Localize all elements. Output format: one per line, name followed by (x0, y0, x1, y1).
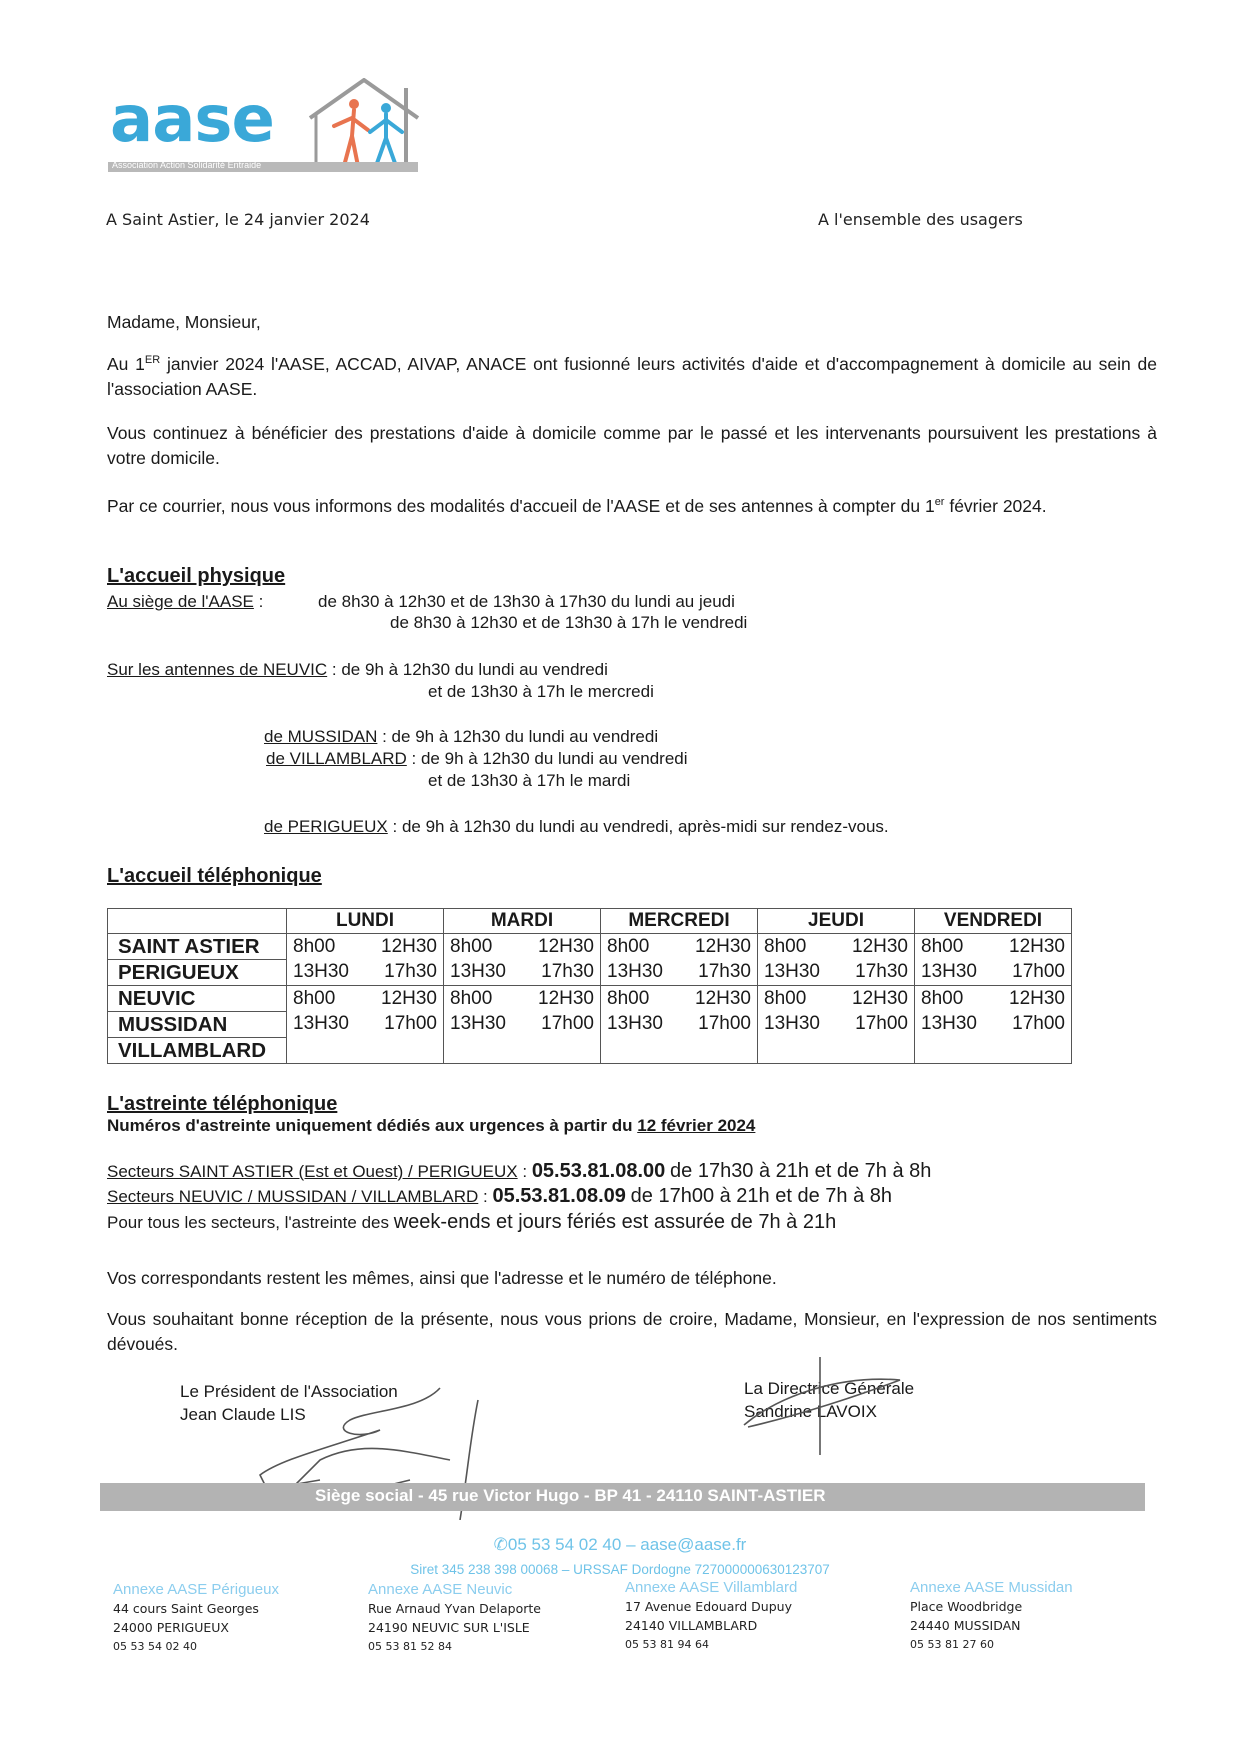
director-signature-scrawl (740, 1355, 920, 1465)
table-header-day: VENDREDI (915, 909, 1072, 934)
table-header-day: MERCREDI (601, 909, 758, 934)
closing-paragraph-2: Vous souhaitant bonne réception de la pr… (107, 1307, 1157, 1357)
table-hours-cell: 8h0012H3013H3017h30 (601, 934, 758, 986)
table-hours-cell: 8h0012H3013H3017h00 (915, 986, 1072, 1064)
siege-line2: de 8h30 à 12h30 et de 13h30 à 17h le ven… (390, 613, 747, 633)
section-title-accueil-physique: L'accueil physique (107, 565, 285, 588)
table-row: NEUVIC8h0012H3013H3017h008h0012H3013H301… (108, 986, 1072, 1012)
table-hours-cell: 8h0012H3013H3017h00 (915, 934, 1072, 986)
table-corner-cell (108, 909, 287, 934)
table-hours-cell: 8h0012H3013H3017h00 (601, 986, 758, 1064)
paragraph-continuity: Vous continuez à bénéficier des prestati… (107, 421, 1157, 471)
table-place-cell: SAINT ASTIER (108, 934, 287, 960)
table-place-cell: NEUVIC (108, 986, 287, 1012)
annex-perigueux: Annexe AASE Périgueux 44 cours Saint Geo… (113, 1580, 279, 1656)
table-hours-cell: 8h0012H3013H3017h00 (287, 986, 444, 1064)
astreinte-sector-1: Secteurs SAINT ASTIER (Est et Ouest) / P… (107, 1160, 931, 1183)
annex-mussidan: Annexe AASE Mussidan Place Woodbridge 24… (910, 1578, 1073, 1654)
aase-logo: aase Association Action Solidarité Entra… (108, 78, 423, 178)
table-header-row: LUNDI MARDI MERCREDI JEUDI VENDREDI (108, 909, 1072, 934)
siege-hours: Au siège de l'AASE : (107, 592, 263, 612)
annex-neuvic: Annexe AASE Neuvic Rue Arnaud Yvan Delap… (368, 1580, 541, 1656)
table-row: SAINT ASTIER8h0012H3013H3017h308h0012H30… (108, 934, 1072, 960)
table-hours-cell: 8h0012H3013H3017h30 (287, 934, 444, 986)
sector-2-phone: 05.53.81.08.09 (492, 1185, 625, 1207)
perigueux-hours: de PERIGUEUX : de 9h à 12h30 du lundi au… (264, 817, 889, 837)
table-place-cell: VILLAMBLARD (108, 1038, 287, 1064)
logo-wordmark: aase (110, 88, 274, 152)
table-header-day: MARDI (444, 909, 601, 934)
table-place-cell: MUSSIDAN (108, 1012, 287, 1038)
section-title-astreinte: L'astreinte téléphonique (107, 1093, 337, 1116)
neuvic-hours: Sur les antennes de NEUVIC : de 9h à 12h… (107, 660, 608, 680)
table-hours-cell: 8h0012H3013H3017h00 (444, 986, 601, 1064)
sector-1-phone: 05.53.81.08.00 (532, 1160, 665, 1182)
annex-villamblard: Annexe AASE Villamblard 17 Avenue Edouar… (625, 1578, 797, 1654)
footer-contact: ✆05 53 54 02 40 – aase@aase.fr (0, 1535, 1240, 1555)
paragraph-intro: Par ce courrier, nous vous informons des… (107, 490, 1157, 519)
astreinte-sector-2: Secteurs NEUVIC / MUSSIDAN / VILLAMBLARD… (107, 1185, 892, 1208)
mussidan-hours: de MUSSIDAN : de 9h à 12h30 du lundi au … (264, 727, 658, 747)
logo-tagline: Association Action Solidarité Entraide (112, 160, 261, 170)
phone-schedule-table: LUNDI MARDI MERCREDI JEUDI VENDREDI SAIN… (107, 908, 1072, 1064)
villamblard-hours: de VILLAMBLARD : de 9h à 12h30 du lundi … (266, 749, 688, 769)
phone-icon: ✆ (494, 1535, 508, 1554)
table-hours-cell: 8h0012H3013H3017h30 (758, 934, 915, 986)
astreinte-subtitle: Numéros d'astreinte uniquement dédiés au… (107, 1116, 755, 1136)
table-hours-cell: 8h0012H3013H3017h30 (444, 934, 601, 986)
astreinte-weekend: Pour tous les secteurs, l'astreinte des … (107, 1211, 836, 1234)
villamblard-line2: et de 13h30 à 17h le mardi (428, 771, 630, 791)
table-hours-cell: 8h0012H3013H3017h00 (758, 986, 915, 1064)
paragraph-merger: Au 1ER janvier 2024 l'AASE, ACCAD, AIVAP… (107, 348, 1157, 402)
recipient: A l'ensemble des usagers (818, 210, 1023, 229)
footer-head-office-bar: Siège social - 45 rue Victor Hugo - BP 4… (100, 1483, 1145, 1511)
salutation: Madame, Monsieur, (107, 310, 1157, 335)
house-family-icon (306, 78, 421, 173)
place-date: A Saint Astier, le 24 janvier 2024 (106, 210, 370, 229)
table-header-day: JEUDI (758, 909, 915, 934)
neuvic-line2: et de 13h30 à 17h le mercredi (428, 682, 654, 702)
siege-line1: de 8h30 à 12h30 et de 13h30 à 17h30 du l… (318, 592, 735, 612)
table-place-cell: PERIGUEUX (108, 960, 287, 986)
table-header-day: LUNDI (287, 909, 444, 934)
head-office-address: Siège social - 45 rue Victor Hugo - BP 4… (315, 1486, 826, 1506)
footer-siret: Siret 345 238 398 00068 – URSSAF Dordogn… (0, 1562, 1240, 1577)
section-title-accueil-telephonique: L'accueil téléphonique (107, 865, 322, 888)
closing-paragraph-1: Vos correspondants restent les mêmes, ai… (107, 1266, 1157, 1291)
